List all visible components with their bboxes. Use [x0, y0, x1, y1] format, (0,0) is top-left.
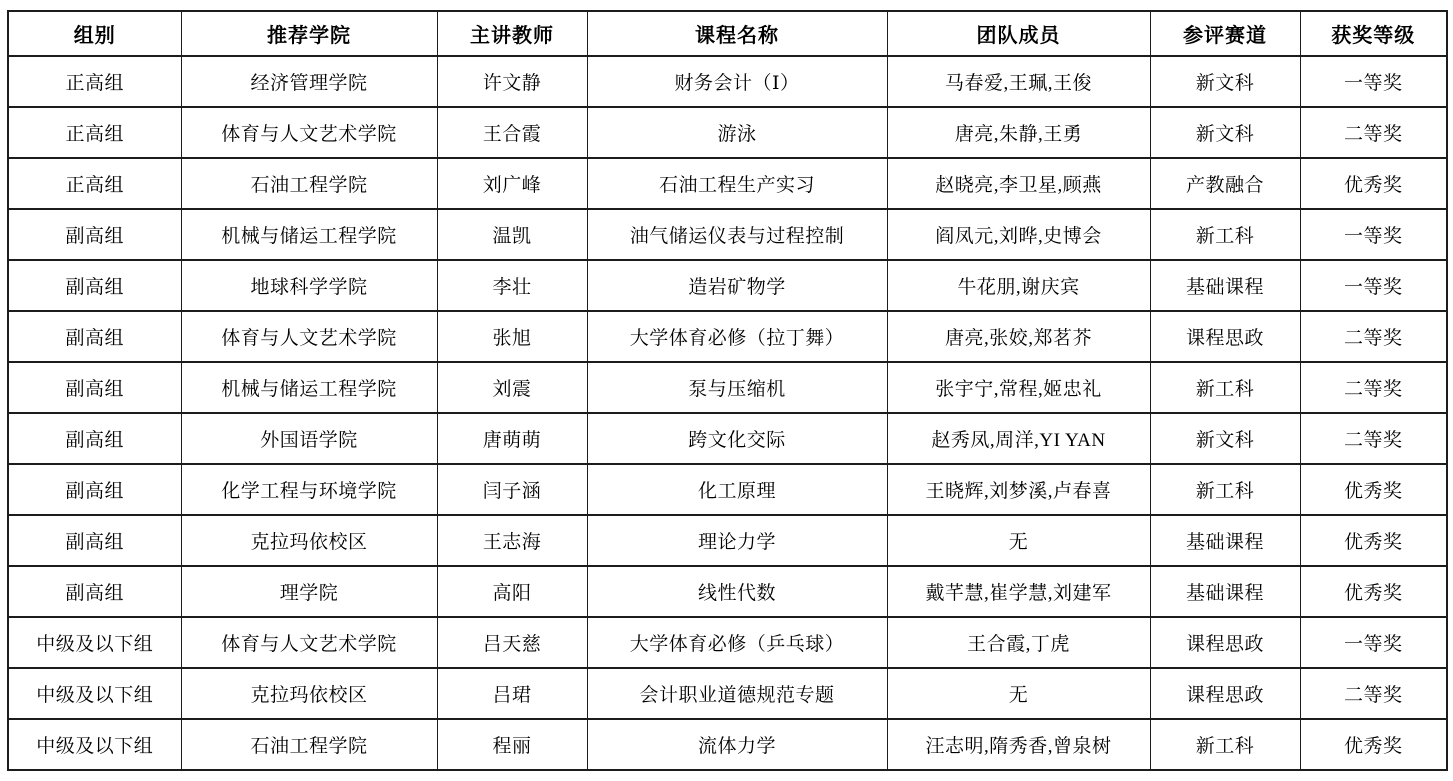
cell-members: 张宇宁,常程,姬忠礼 [887, 362, 1150, 413]
cell-course: 会计职业道德规范专题 [587, 668, 887, 719]
cell-group: 正高组 [8, 56, 181, 107]
cell-group: 中级及以下组 [8, 719, 181, 770]
cell-course: 泵与压缩机 [587, 362, 887, 413]
cell-award: 优秀奖 [1300, 158, 1447, 209]
cell-track: 新工科 [1150, 464, 1300, 515]
cell-teacher: 吕天慈 [437, 617, 587, 668]
cell-members: 汪志明,隋秀香,曾泉树 [887, 719, 1150, 770]
cell-award: 优秀奖 [1300, 515, 1447, 566]
table-row: 副高组外国语学院唐萌萌跨文化交际赵秀凤,周洋,YI YAN新文科二等奖 [8, 413, 1447, 464]
cell-group: 中级及以下组 [8, 617, 181, 668]
cell-college: 化学工程与环境学院 [181, 464, 437, 515]
cell-teacher: 刘震 [437, 362, 587, 413]
table-row: 正高组经济管理学院许文静财务会计（Ⅰ）马春爱,王珮,王俊新文科一等奖 [8, 56, 1447, 107]
cell-college: 外国语学院 [181, 413, 437, 464]
cell-course: 化工原理 [587, 464, 887, 515]
cell-track: 新文科 [1150, 107, 1300, 158]
table-row: 正高组石油工程学院刘广峰石油工程生产实习赵晓亮,李卫星,顾燕产教融合优秀奖 [8, 158, 1447, 209]
column-header-members: 团队成员 [887, 11, 1150, 56]
column-header-teacher: 主讲教师 [437, 11, 587, 56]
cell-track: 基础课程 [1150, 515, 1300, 566]
column-header-track: 参评赛道 [1150, 11, 1300, 56]
table-row: 正高组体育与人文艺术学院王合霞游泳唐亮,朱静,王勇新文科二等奖 [8, 107, 1447, 158]
document-page: 组别 推荐学院 主讲教师 课程名称 团队成员 参评赛道 获奖等级 正高组经济管理… [0, 0, 1453, 781]
cell-course: 造岩矿物学 [587, 260, 887, 311]
cell-course: 财务会计（Ⅰ） [587, 56, 887, 107]
cell-group: 副高组 [8, 260, 181, 311]
column-header-group: 组别 [8, 11, 181, 56]
cell-track: 基础课程 [1150, 566, 1300, 617]
cell-members: 无 [887, 515, 1150, 566]
cell-college: 体育与人文艺术学院 [181, 311, 437, 362]
cell-teacher: 张旭 [437, 311, 587, 362]
cell-course: 石油工程生产实习 [587, 158, 887, 209]
cell-award: 二等奖 [1300, 668, 1447, 719]
cell-members: 唐亮,张姣,郑茗芥 [887, 311, 1150, 362]
cell-teacher: 闫子涵 [437, 464, 587, 515]
cell-group: 副高组 [8, 362, 181, 413]
cell-group: 中级及以下组 [8, 668, 181, 719]
column-header-college: 推荐学院 [181, 11, 437, 56]
awards-table: 组别 推荐学院 主讲教师 课程名称 团队成员 参评赛道 获奖等级 正高组经济管理… [7, 10, 1448, 771]
cell-college: 机械与储运工程学院 [181, 209, 437, 260]
cell-track: 课程思政 [1150, 617, 1300, 668]
table-row: 副高组机械与储运工程学院温凯油气储运仪表与过程控制阎凤元,刘晔,史博会新工科一等… [8, 209, 1447, 260]
table-row: 副高组化学工程与环境学院闫子涵化工原理王晓辉,刘梦溪,卢春喜新工科优秀奖 [8, 464, 1447, 515]
table-header: 组别 推荐学院 主讲教师 课程名称 团队成员 参评赛道 获奖等级 [8, 11, 1447, 56]
cell-award: 优秀奖 [1300, 464, 1447, 515]
cell-award: 一等奖 [1300, 56, 1447, 107]
cell-members: 戴芊慧,崔学慧,刘建军 [887, 566, 1150, 617]
table-row: 中级及以下组克拉玛依校区吕珺会计职业道德规范专题无课程思政二等奖 [8, 668, 1447, 719]
cell-course: 游泳 [587, 107, 887, 158]
cell-course: 油气储运仪表与过程控制 [587, 209, 887, 260]
cell-college: 克拉玛依校区 [181, 668, 437, 719]
cell-college: 地球科学学院 [181, 260, 437, 311]
cell-course: 理论力学 [587, 515, 887, 566]
cell-award: 一等奖 [1300, 260, 1447, 311]
cell-group: 副高组 [8, 413, 181, 464]
cell-course: 大学体育必修（拉丁舞） [587, 311, 887, 362]
cell-college: 体育与人文艺术学院 [181, 617, 437, 668]
cell-track: 新工科 [1150, 362, 1300, 413]
cell-group: 正高组 [8, 107, 181, 158]
header-row: 组别 推荐学院 主讲教师 课程名称 团队成员 参评赛道 获奖等级 [8, 11, 1447, 56]
cell-teacher: 王志海 [437, 515, 587, 566]
cell-award: 二等奖 [1300, 413, 1447, 464]
cell-college: 石油工程学院 [181, 719, 437, 770]
cell-members: 马春爱,王珮,王俊 [887, 56, 1150, 107]
cell-group: 正高组 [8, 158, 181, 209]
cell-group: 副高组 [8, 464, 181, 515]
cell-teacher: 许文静 [437, 56, 587, 107]
cell-award: 二等奖 [1300, 107, 1447, 158]
cell-members: 赵晓亮,李卫星,顾燕 [887, 158, 1150, 209]
cell-teacher: 吕珺 [437, 668, 587, 719]
cell-award: 一等奖 [1300, 617, 1447, 668]
cell-college: 克拉玛依校区 [181, 515, 437, 566]
cell-teacher: 高阳 [437, 566, 587, 617]
cell-course: 大学体育必修（乒乓球） [587, 617, 887, 668]
column-header-award: 获奖等级 [1300, 11, 1447, 56]
cell-course: 流体力学 [587, 719, 887, 770]
cell-track: 课程思政 [1150, 311, 1300, 362]
cell-track: 基础课程 [1150, 260, 1300, 311]
cell-track: 新工科 [1150, 719, 1300, 770]
table-body: 正高组经济管理学院许文静财务会计（Ⅰ）马春爱,王珮,王俊新文科一等奖正高组体育与… [8, 56, 1447, 770]
cell-track: 新文科 [1150, 56, 1300, 107]
cell-teacher: 刘广峰 [437, 158, 587, 209]
table-row: 副高组体育与人文艺术学院张旭大学体育必修（拉丁舞）唐亮,张姣,郑茗芥课程思政二等… [8, 311, 1447, 362]
cell-course: 线性代数 [587, 566, 887, 617]
cell-award: 优秀奖 [1300, 566, 1447, 617]
cell-track: 新文科 [1150, 413, 1300, 464]
table-row: 副高组克拉玛依校区王志海理论力学无基础课程优秀奖 [8, 515, 1447, 566]
table-row: 副高组地球科学学院李壮造岩矿物学牛花朋,谢庆宾基础课程一等奖 [8, 260, 1447, 311]
cell-track: 课程思政 [1150, 668, 1300, 719]
cell-course: 跨文化交际 [587, 413, 887, 464]
cell-track: 新工科 [1150, 209, 1300, 260]
cell-members: 王合霞,丁虎 [887, 617, 1150, 668]
cell-college: 体育与人文艺术学院 [181, 107, 437, 158]
table-row: 副高组机械与储运工程学院刘震泵与压缩机张宇宁,常程,姬忠礼新工科二等奖 [8, 362, 1447, 413]
cell-track: 产教融合 [1150, 158, 1300, 209]
cell-group: 副高组 [8, 566, 181, 617]
column-header-course: 课程名称 [587, 11, 887, 56]
cell-group: 副高组 [8, 209, 181, 260]
cell-members: 王晓辉,刘梦溪,卢春喜 [887, 464, 1150, 515]
cell-members: 牛花朋,谢庆宾 [887, 260, 1150, 311]
cell-college: 理学院 [181, 566, 437, 617]
cell-teacher: 李壮 [437, 260, 587, 311]
cell-teacher: 唐萌萌 [437, 413, 587, 464]
cell-teacher: 温凯 [437, 209, 587, 260]
cell-members: 唐亮,朱静,王勇 [887, 107, 1150, 158]
cell-group: 副高组 [8, 515, 181, 566]
cell-award: 二等奖 [1300, 311, 1447, 362]
cell-members: 阎凤元,刘晔,史博会 [887, 209, 1150, 260]
cell-teacher: 程丽 [437, 719, 587, 770]
cell-award: 优秀奖 [1300, 719, 1447, 770]
cell-college: 机械与储运工程学院 [181, 362, 437, 413]
table-row: 中级及以下组体育与人文艺术学院吕天慈大学体育必修（乒乓球）王合霞,丁虎课程思政一… [8, 617, 1447, 668]
cell-award: 一等奖 [1300, 209, 1447, 260]
cell-award: 二等奖 [1300, 362, 1447, 413]
cell-college: 石油工程学院 [181, 158, 437, 209]
cell-college: 经济管理学院 [181, 56, 437, 107]
cell-members: 无 [887, 668, 1150, 719]
cell-group: 副高组 [8, 311, 181, 362]
table-row: 中级及以下组石油工程学院程丽流体力学汪志明,隋秀香,曾泉树新工科优秀奖 [8, 719, 1447, 770]
cell-teacher: 王合霞 [437, 107, 587, 158]
cell-members: 赵秀凤,周洋,YI YAN [887, 413, 1150, 464]
table-row: 副高组理学院高阳线性代数戴芊慧,崔学慧,刘建军基础课程优秀奖 [8, 566, 1447, 617]
